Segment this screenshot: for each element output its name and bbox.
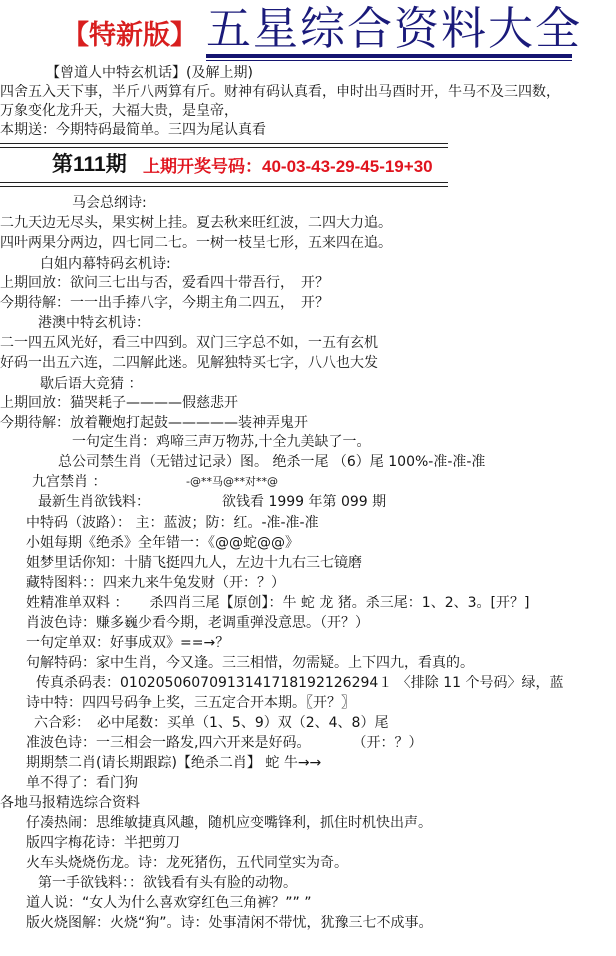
local-line: 道人说：“女人为什么喜欢穿红色三角裤？”” ” (26, 893, 311, 913)
last-draw-numbers: 40-03-43-29-45-19+30 (262, 157, 433, 176)
misc-line: 姐梦里话你知：十腈飞挺四九人，左边十九右三七镜磨 (26, 553, 362, 573)
edition-badge: 【特新版】 (62, 13, 197, 52)
intro-line: 万象变化龙升天，大福大贵，是皇帝， (0, 101, 238, 121)
misc-line: 诗中特：四四号码争上奖，三五定合开本期。〖开？〗 (26, 693, 355, 713)
misc-line: 单不得了：看门狗 (26, 773, 138, 793)
last-draw-label: 上期开奖号码： (143, 157, 262, 176)
poem-line: 二九天边无尽头，果实树上挂。夏去秋来旺红波，二四大力追。 (0, 213, 392, 233)
section-heading-local: 各地马报精选综合资料 (0, 793, 140, 813)
separator-bottom (0, 182, 448, 187)
issue-row: 第111期 上期开奖号码：40-03-43-29-45-19+30 (0, 146, 616, 182)
misc-line: 六合彩： 必中尾数：买单（1、5、9）双（2、4、8）尾 (34, 713, 388, 733)
page-title: 五星综合资料大全 (206, 4, 582, 54)
misc-line: 一句定单双：好事成双》==→？ (26, 633, 229, 653)
section-heading-gangao: 港澳中特玄机诗： (38, 313, 150, 333)
misc-line: 准波色诗：一三相会一路发,四六开来是好码。 （开：？） (26, 733, 422, 753)
misc-line: 九宫禁肖 ： (32, 472, 106, 492)
poem-line: 上期回放：欲问三七出与否，爱看四十带吾行， 开？ (0, 273, 329, 293)
last-draw: 上期开奖号码：40-03-43-29-45-19+30 (143, 152, 433, 177)
misc-line: 一句定生肖：鸡啼三声万物苏,十全九美缺了一。 (72, 432, 370, 452)
poem-line: 四叶两果分两边，四七同二七。一树一枝呈七形，五来四在追。 (0, 233, 392, 253)
intro-line: 本期送：今期特码最简单。三四为尾认真看 (0, 120, 266, 140)
misc-line: 藏特图料：：四来九来牛兔发财（开：？） (26, 573, 285, 593)
intro-line: 四舍五入天下事，半斤八两算有斤。财神有码认真看，申时出马酉时开，牛马不及三四数， (0, 82, 560, 102)
misc-line: 总公司禁生肖（无错过记录）图。 绝杀一尾 （6）尾 100%-准-准-准 (58, 452, 485, 472)
local-line: 仔凑热闹：思维敏捷真风趣，随机应变嘴锋利，抓住时机快出声。 (26, 813, 432, 833)
local-line: 火车头烧烧伤龙。诗：龙死猪伤，五代同堂实为奇。 (26, 853, 348, 873)
riddle-line: 上期回放：猫哭耗子————假慈悲开 (0, 393, 238, 413)
misc-line: 小姐每期《绝杀》全年错一：《@@蛇@@》 (26, 533, 299, 553)
section-heading-mahui: 马会总纲诗: (72, 193, 147, 213)
misc-line: 句解特码：家中生肖，今又逢。三三相惜，勿需疑。上下四九，看真的。 (26, 653, 474, 673)
misc-line: 欲钱看 1999 年第 099 期 (222, 492, 386, 512)
poem-line: 今期待解：一一出手捧八字，今期主角二四五， 开？ (0, 293, 329, 313)
misc-line: 中特码（波路）： 主：蓝波；防：红。-准-准-准 (26, 513, 319, 533)
misc-line: 姓精准单双料 ： 杀四肖三尾【原创】：牛 蛇 龙 猪。杀三尾：1、2、3。[开？… (26, 593, 529, 613)
page-header: 【特新版】 五星综合资料大全 (0, 0, 616, 62)
poem-line: 好码一出五六连，二四解此迷。见解独特买七字，八八也大发 (0, 353, 378, 373)
title-underline (206, 54, 572, 58)
issue-number: 第111期 (52, 148, 127, 178)
misc-line: 最新生肖欲钱料： (38, 492, 150, 512)
local-line: 版火烧图解：火烧“狗”。诗：处事清闲不带忧，犹豫三七不成事。 (26, 913, 433, 933)
poem-line: 二一四五风光好，看三中四到。双门三字总不如，一五有玄机 (0, 333, 378, 353)
section-heading-baijie: 白姐内幕特码玄机诗: (40, 254, 171, 274)
misc-line: 肖波色诗：赚多巍少看今期，老调重弹没意思。（开？） (26, 613, 369, 633)
misc-line: 传真杀码表：01020506070913141718192126294１ 〈排除… (36, 673, 563, 693)
riddle-line: 今期待解：放着鞭炮打起鼓—————装神弄鬼开 (0, 413, 308, 433)
local-line: 版四字梅花诗：半把剪刀 (26, 833, 180, 853)
misc-line: 期期禁二肖(请长期跟踪)【绝杀二肖】 蛇 牛→→ (26, 753, 321, 773)
local-line: 第一手欲钱料：：欲钱看有头有脸的动物。 (38, 873, 297, 893)
title-underline-thin (206, 60, 572, 61)
misc-line: -@**马@**对**@ (186, 472, 278, 492)
section-heading-xiehouyu: 歇后语大竞猜 ： (40, 374, 142, 394)
intro-heading: 【曾道人中特玄机话】(及解上期) (46, 63, 253, 83)
